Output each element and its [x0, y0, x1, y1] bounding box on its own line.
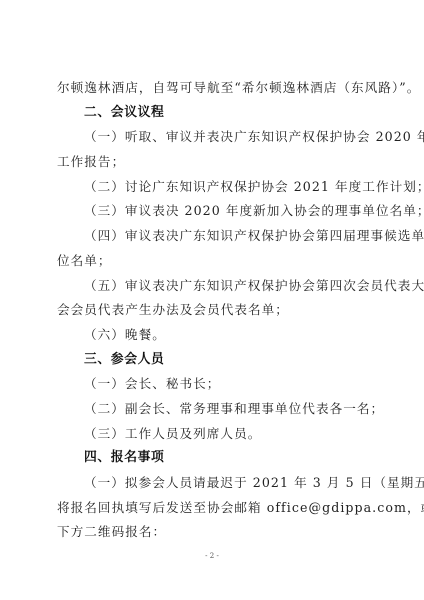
text-line: 尔顿逸林酒店，自驾可导航至“希尔顿逸林酒店（东风路）”。 [57, 76, 369, 101]
text-line: 会会员代表产生办法及会员代表名单； [57, 298, 369, 323]
text-line: （一）会长、秘书长； [57, 372, 369, 397]
text-line: 下方二维码报名： [57, 520, 369, 545]
section-heading-registration: 四、报名事项 [57, 446, 369, 471]
text-line: 工作报告； [57, 150, 369, 175]
text-line: （三）审议表决 2020 年度新加入协会的理事单位名单； [57, 199, 369, 224]
text-line: （二）副会长、常务理事和理事单位代表各一名； [57, 397, 369, 422]
document-page: 尔顿逸林酒店，自驾可导航至“希尔顿逸林酒店（东风路）”。 二、会议议程 （一）听… [57, 76, 369, 545]
page-number: - 2 - [0, 552, 424, 560]
text-line: （一）拟参会人员请最迟于 2021 年 3 月 5 日（星期五）17:00 [57, 471, 369, 496]
text-line: （一）听取、审议并表决广东知识产权保护协会 2020 年度 [57, 125, 369, 150]
text-line: （五）审议表决广东知识产权保护协会第四次会员代表大 [57, 274, 369, 299]
text-line: （三）工作人员及列席人员。 [57, 422, 369, 447]
text-line-email: 将报名回执填写后发送至协会邮箱 office@gdippa.com，或扫描 [57, 496, 369, 521]
text-line: 位名单； [57, 249, 369, 274]
section-heading-attendees: 三、参会人员 [57, 348, 369, 373]
text-line: （二）讨论广东知识产权保护协会 2021 年度工作计划； [57, 175, 369, 200]
text-line: （六）晚餐。 [57, 323, 369, 348]
text-line: （四）审议表决广东知识产权保护协会第四届理事候选单 [57, 224, 369, 249]
section-heading-agenda: 二、会议议程 [57, 101, 369, 126]
